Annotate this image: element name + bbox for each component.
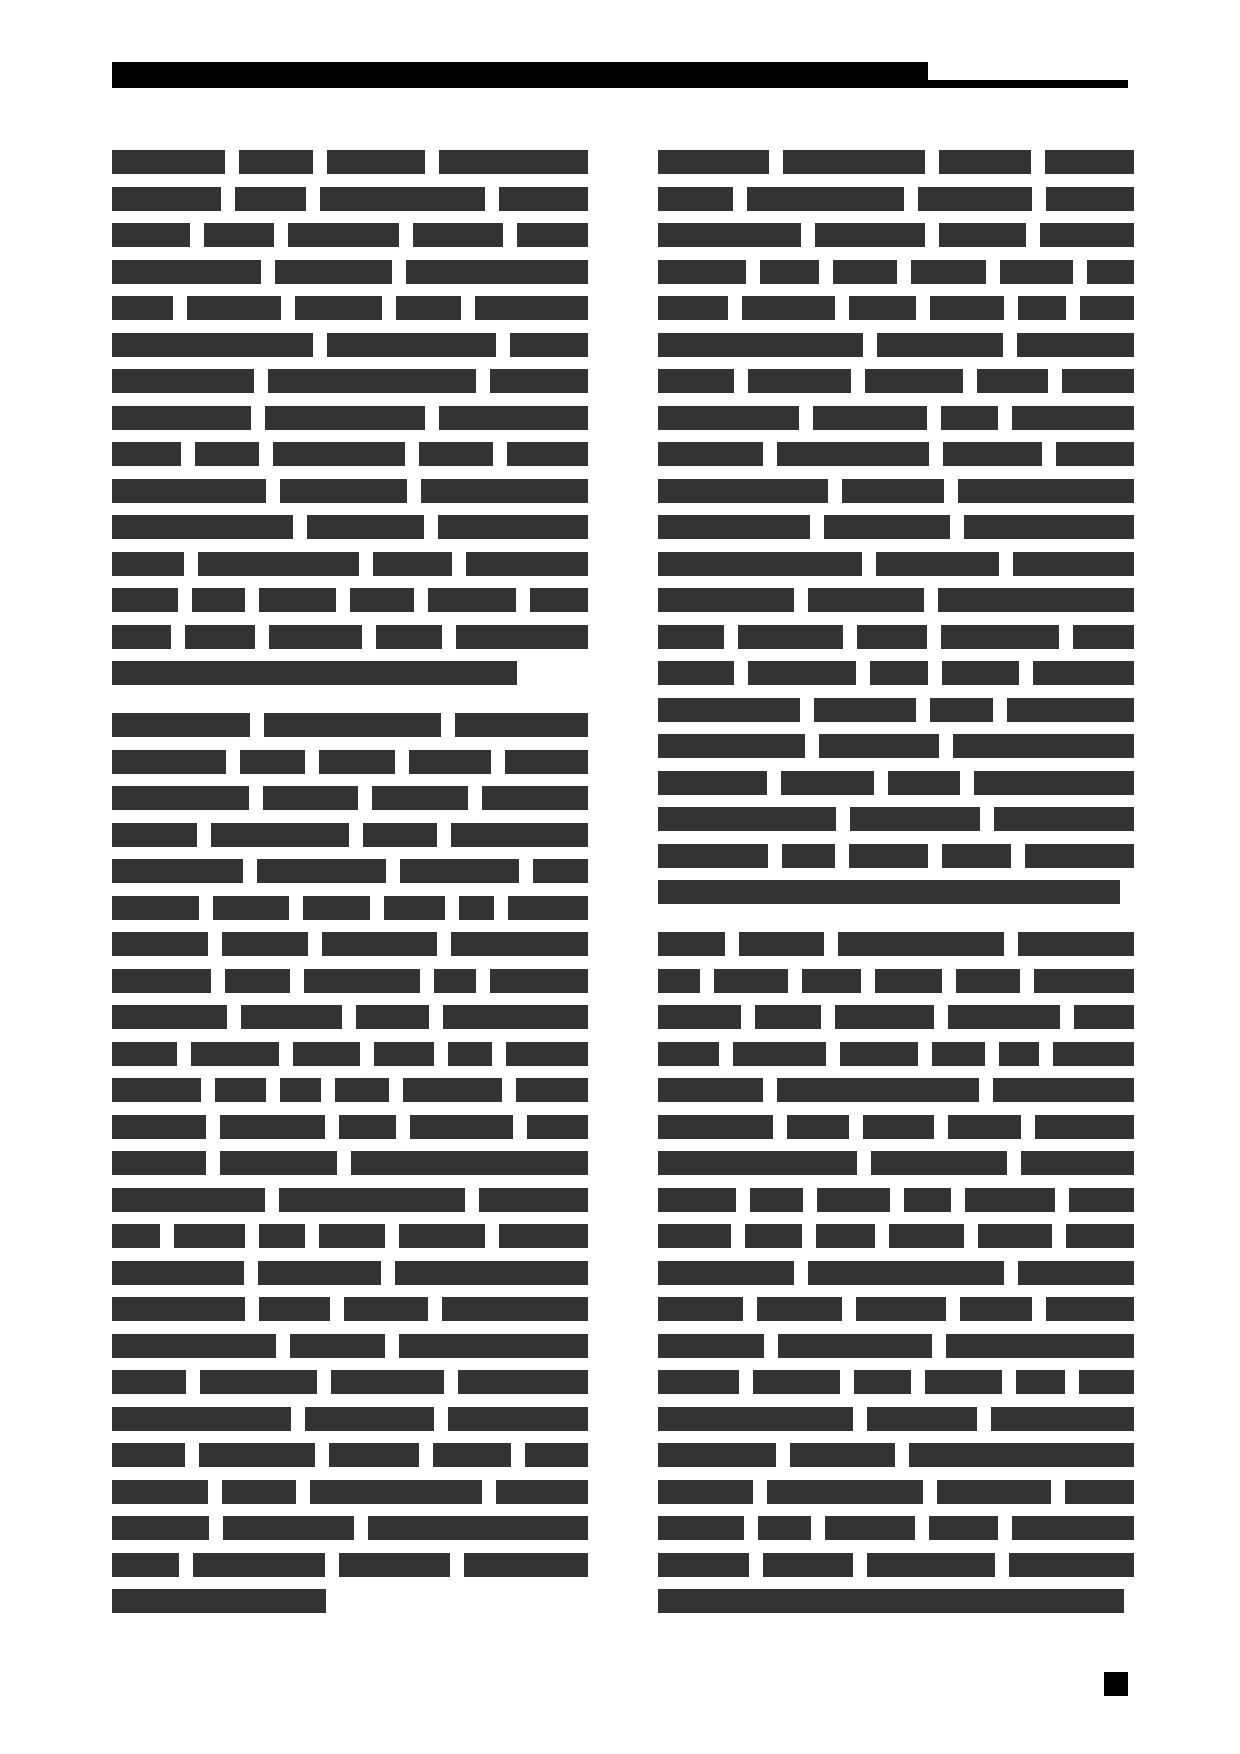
word-redacted [259,1224,305,1248]
text-line-redacted [658,1443,1134,1467]
word-redacted [459,896,494,920]
word-redacted [658,223,801,247]
word-redacted [658,588,794,612]
text-line-redacted [112,1370,588,1394]
word-redacted [448,1407,588,1431]
text-line-redacted [112,333,588,357]
word-redacted [889,1224,964,1248]
text-line-redacted [112,713,588,737]
word-redacted [279,1188,465,1212]
word-redacted [112,1480,208,1504]
text-line-redacted [658,223,1134,247]
word-redacted [658,625,724,649]
word-redacted [813,406,927,430]
word-redacted [335,1078,389,1102]
word-redacted [305,1407,434,1431]
word-redacted [259,588,336,612]
word-redacted [112,932,208,956]
word-redacted [223,1516,354,1540]
text-line-redacted [658,698,1134,722]
word-redacted [527,1115,588,1139]
word-redacted [824,515,950,539]
word-redacted [112,1553,179,1577]
word-redacted [911,260,986,284]
word-redacted [802,969,861,993]
word-redacted [198,552,359,576]
word-redacted [787,1115,849,1139]
text-line-redacted [658,1261,1134,1285]
word-redacted [658,1005,741,1029]
word-redacted [658,187,733,211]
word-redacted [867,1553,995,1577]
text-line-redacted [658,296,1134,320]
word-redacted [808,588,924,612]
text-line-redacted [658,1005,1134,1029]
word-redacted [288,223,399,247]
word-redacted [295,296,382,320]
word-redacted [499,1224,588,1248]
word-redacted [658,552,862,576]
running-header-text-redacted [112,62,928,80]
word-redacted [1062,369,1134,393]
text-line-redacted [112,296,588,320]
word-redacted [937,1480,1051,1504]
word-redacted [850,807,980,831]
word-redacted [658,1589,1124,1613]
word-redacted [112,1516,209,1540]
text-line-redacted [658,406,1134,430]
word-redacted [867,1407,977,1431]
word-redacted [854,1370,911,1394]
text-line-redacted [658,260,1134,284]
word-redacted [1000,260,1073,284]
word-redacted [403,1078,502,1102]
word-redacted [1087,260,1134,284]
text-line-redacted [112,859,588,883]
word-redacted [658,515,810,539]
word-redacted [112,1151,206,1175]
text-line-redacted [112,515,588,539]
word-redacted [941,625,1059,649]
word-redacted [112,896,199,920]
word-redacted [953,734,1134,758]
text-line-redacted [112,369,588,393]
text-line-redacted [658,1407,1134,1431]
word-redacted [658,661,734,685]
word-redacted [112,552,184,576]
word-redacted [1012,406,1134,430]
word-redacted [783,150,925,174]
word-redacted [400,859,519,883]
text-line-redacted [658,1480,1134,1504]
word-redacted [409,750,491,774]
word-redacted [1056,442,1134,466]
text-line-redacted [658,187,1134,211]
text-line-redacted [658,479,1134,503]
word-redacted [1016,1370,1065,1394]
text-line-redacted [658,969,1134,993]
text-line-redacted [112,1042,588,1066]
word-redacted [258,1261,381,1285]
word-redacted [904,1188,951,1212]
word-redacted [1035,1115,1134,1139]
word-redacted [714,969,788,993]
word-redacted [280,1078,321,1102]
text-line-redacted [112,260,588,284]
word-redacted [748,661,856,685]
word-redacted [112,661,517,685]
word-redacted [1080,296,1134,320]
text-line-redacted [658,1516,1134,1540]
word-redacted [112,1078,201,1102]
word-redacted [421,479,588,503]
word-redacted [269,625,362,649]
word-redacted [275,260,392,284]
word-redacted [941,406,998,430]
text-line-redacted [658,807,1134,831]
word-redacted [1074,1005,1134,1029]
text-line-redacted [112,1005,588,1029]
word-redacted [790,1443,895,1467]
word-redacted [350,588,414,612]
text-line-redacted [112,187,588,211]
word-redacted [750,1188,803,1212]
word-redacted [930,296,1004,320]
word-redacted [112,1005,227,1029]
word-redacted [946,1334,1134,1358]
word-redacted [396,296,461,320]
word-redacted [112,515,293,539]
word-redacted [439,150,588,174]
word-redacted [1007,698,1134,722]
word-redacted [658,1042,719,1066]
page-footer-mark [1104,1672,1128,1696]
word-redacted [658,969,700,993]
word-redacted [112,369,254,393]
text-line-redacted [658,588,1134,612]
word-redacted [373,552,452,576]
left-column [112,150,588,1641]
word-redacted [327,150,425,174]
word-redacted [479,1188,588,1212]
text-line-redacted [658,734,1134,758]
word-redacted [112,1297,245,1321]
word-redacted [322,932,437,956]
text-line-redacted [658,1589,1134,1613]
word-redacted [767,1480,923,1504]
text-line-redacted [658,844,1134,868]
text-line-redacted [112,1188,588,1212]
text-line-redacted [658,661,1134,685]
word-redacted [112,1589,326,1613]
word-redacted [994,807,1134,831]
word-redacted [419,442,493,466]
word-redacted [863,1115,934,1139]
word-redacted [742,296,835,320]
text-line-redacted [658,1553,1134,1577]
word-redacted [442,1297,588,1321]
word-redacted [658,698,800,722]
word-redacted [112,1115,206,1139]
text-line-redacted [112,479,588,503]
paragraph-redacted [658,932,1134,1613]
word-redacted [1017,333,1134,357]
text-line-redacted [658,1224,1134,1248]
word-redacted [1066,1224,1134,1248]
text-line-redacted [658,150,1134,174]
word-redacted [808,1261,1004,1285]
word-redacted [222,1480,296,1504]
word-redacted [451,932,588,956]
text-line-redacted [658,880,1134,904]
word-redacted [339,1553,450,1577]
text-line-redacted [112,442,588,466]
word-redacted [857,625,927,649]
text-line-redacted [658,771,1134,795]
word-redacted [399,1224,485,1248]
word-redacted [517,223,588,247]
word-redacted [438,515,588,539]
word-redacted [439,406,588,430]
word-redacted [781,771,874,795]
word-redacted [658,1407,853,1431]
word-redacted [825,1516,915,1540]
word-redacted [958,479,1134,503]
paragraph-redacted [112,150,588,685]
word-redacted [658,1188,736,1212]
word-redacted [211,823,349,847]
word-redacted [960,1297,1032,1321]
word-redacted [978,1224,1052,1248]
word-redacted [239,150,313,174]
word-redacted [658,1480,753,1504]
word-redacted [112,406,251,430]
word-redacted [658,1078,763,1102]
word-redacted [112,1407,291,1431]
word-redacted [222,932,308,956]
word-redacted [747,187,904,211]
word-redacted [310,1480,482,1504]
word-redacted [658,844,768,868]
text-line-redacted [112,1078,588,1102]
word-redacted [434,969,476,993]
word-redacted [918,187,1032,211]
word-redacted [817,1188,890,1212]
word-redacted [290,1334,385,1358]
word-redacted [658,1516,744,1540]
word-redacted [443,1005,588,1029]
word-redacted [112,150,225,174]
word-redacted [658,1370,739,1394]
word-redacted [1018,296,1066,320]
word-redacted [849,296,916,320]
text-line-redacted [112,896,588,920]
word-redacted [185,625,255,649]
word-redacted [329,1443,419,1467]
word-redacted [840,1042,918,1066]
word-redacted [658,880,1120,904]
word-redacted [819,734,939,758]
word-redacted [939,150,1031,174]
word-redacted [112,1188,265,1212]
word-redacted [384,896,445,920]
word-redacted [842,479,944,503]
word-redacted [475,296,588,320]
word-redacted [835,1005,934,1029]
word-redacted [943,442,1042,466]
paragraph-redacted [658,150,1134,904]
word-redacted [658,1334,764,1358]
word-redacted [192,588,245,612]
word-redacted [433,1443,511,1467]
text-line-redacted [658,1042,1134,1066]
running-header [112,58,1128,88]
word-redacted [942,844,1011,868]
word-redacted [506,1042,588,1066]
word-redacted [777,442,929,466]
word-redacted [833,260,897,284]
word-redacted [658,333,863,357]
word-redacted [658,406,799,430]
word-redacted [964,515,1134,539]
word-redacted [259,1297,330,1321]
text-line-redacted [112,786,588,810]
word-redacted [658,479,828,503]
word-redacted [307,515,424,539]
word-redacted [413,223,503,247]
word-redacted [455,713,588,737]
word-redacted [195,442,259,466]
word-redacted [1021,1151,1134,1175]
word-redacted [263,786,358,810]
word-redacted [999,1042,1039,1066]
text-line-redacted [658,1334,1134,1358]
text-line-redacted [112,625,588,649]
word-redacted [339,1115,396,1139]
word-redacted [257,859,386,883]
word-redacted [763,1553,853,1577]
word-redacted [658,260,746,284]
word-redacted [1065,1480,1134,1504]
word-redacted [738,625,843,649]
word-redacted [451,823,588,847]
word-redacted [1034,969,1134,993]
word-redacted [112,333,313,357]
word-redacted [748,369,851,393]
word-redacted [876,552,999,576]
word-redacted [240,750,305,774]
word-redacted [410,1115,513,1139]
word-redacted [112,442,181,466]
word-redacted [758,1516,811,1540]
word-redacted [1046,1297,1134,1321]
word-redacted [658,150,769,174]
word-redacted [220,1115,325,1139]
text-line-redacted [112,1553,588,1577]
word-redacted [448,1042,492,1066]
word-redacted [849,844,928,868]
word-redacted [112,713,250,737]
word-redacted [956,969,1020,993]
word-redacted [112,588,178,612]
word-redacted [1013,552,1134,576]
word-redacted [112,786,249,810]
text-line-redacted [658,1078,1134,1102]
word-redacted [815,223,925,247]
word-redacted [658,771,767,795]
word-redacted [993,1078,1134,1102]
word-redacted [331,1370,444,1394]
word-redacted [1045,150,1134,174]
word-redacted [948,1115,1021,1139]
word-redacted [112,969,211,993]
text-line-redacted [112,1443,588,1467]
word-redacted [965,1188,1055,1212]
word-redacted [204,223,274,247]
text-line-redacted [112,1516,588,1540]
word-redacted [939,223,1026,247]
text-line-redacted [658,515,1134,539]
word-redacted [948,1005,1060,1029]
text-line-redacted [658,552,1134,576]
word-redacted [658,1261,794,1285]
word-redacted [658,296,728,320]
text-line-redacted [658,369,1134,393]
word-redacted [241,1005,342,1029]
word-redacted [838,932,1004,956]
word-redacted [929,1516,998,1540]
text-line-redacted [112,823,588,847]
text-line-redacted [112,932,588,956]
header-rule [112,80,1128,88]
text-line-redacted [112,750,588,774]
word-redacted [112,223,190,247]
word-redacted [1040,223,1134,247]
text-line-redacted [112,969,588,993]
word-redacted [458,1370,588,1394]
text-line-redacted [658,932,1134,956]
word-redacted [303,896,370,920]
word-redacted [658,807,836,831]
word-redacted [406,260,588,284]
word-redacted [191,1042,279,1066]
word-redacted [658,1151,857,1175]
text-line-redacted [112,1589,588,1613]
word-redacted [374,1042,434,1066]
word-redacted [499,187,588,211]
word-redacted [870,661,928,685]
word-redacted [871,1151,1007,1175]
word-redacted [273,442,405,466]
word-redacted [482,786,588,810]
word-redacted [490,369,588,393]
word-redacted [753,1370,840,1394]
word-redacted [280,479,407,503]
word-redacted [1079,1370,1134,1394]
word-redacted [909,1443,1134,1467]
text-line-redacted [112,1115,588,1139]
word-redacted [1012,1516,1134,1540]
word-redacted [974,771,1134,795]
word-redacted [344,1297,428,1321]
word-redacted [112,1261,244,1285]
word-redacted [456,625,588,649]
word-redacted [942,661,1019,685]
word-redacted [466,552,588,576]
word-redacted [658,1115,773,1139]
word-redacted [1046,187,1134,211]
word-redacted [782,844,835,868]
